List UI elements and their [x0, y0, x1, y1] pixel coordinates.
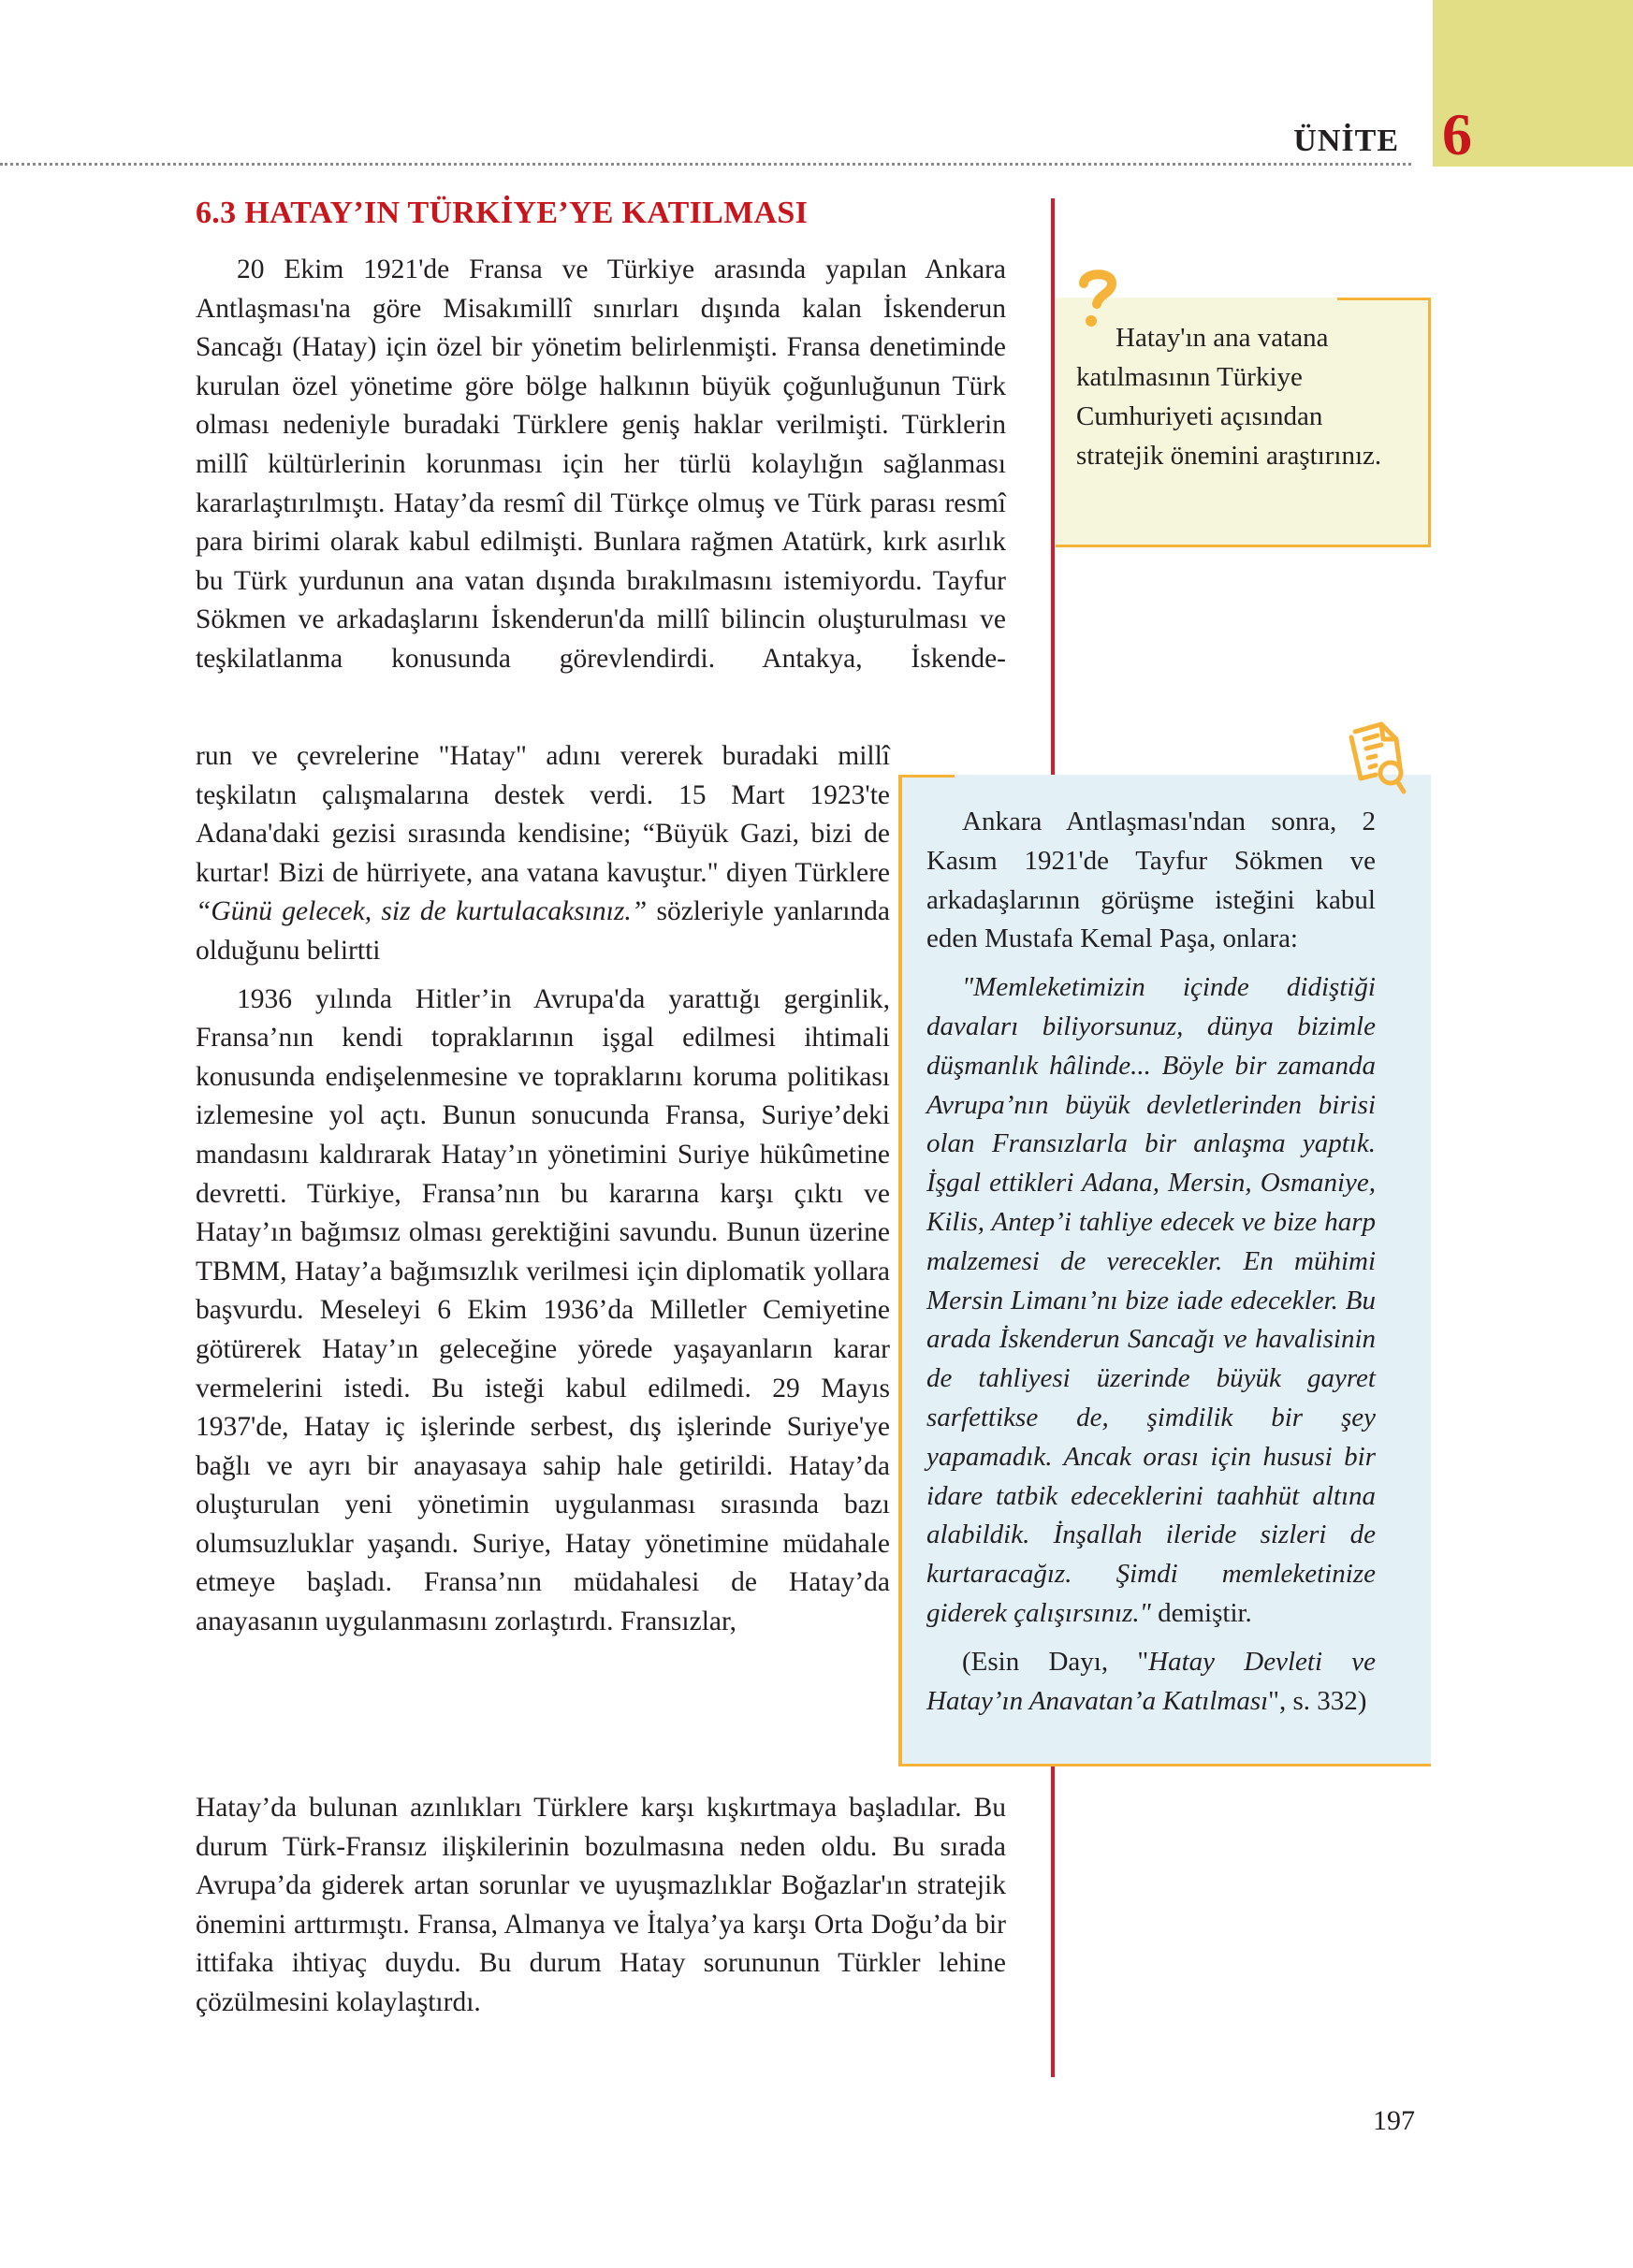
main-text-part-2: run ve çevrelerine "Hatay" adını vererek…	[196, 737, 890, 1642]
page-number: 197	[1373, 2105, 1415, 2137]
ataturk-speech-quote: "Memleketimizin içinde didiştiği davalar…	[926, 972, 1376, 1628]
info-intro: Ankara Antlaşması'ndan sonra, 2 Kasım 19…	[926, 803, 1376, 959]
unit-label: ÜNİTE	[1293, 124, 1399, 159]
paragraph-1a: 20 Ekim 1921'de Fransa ve Türkiye arasın…	[196, 251, 1006, 679]
paragraph-1b: run ve çevrelerine "Hatay" adını vererek…	[196, 737, 890, 971]
info-source-citation: (Esin Dayı, "Hatay Devleti ve Hatay’ın A…	[926, 1643, 1376, 1722]
research-question-text: Hatay'ın ana vatana katılmasının Türkiye…	[1076, 318, 1394, 475]
research-question-paragraph: Hatay'ın ana vatana katılmasının Türkiye…	[1076, 318, 1394, 475]
main-text-part-1: 20 Ekim 1921'de Fransa ve Türkiye arasın…	[196, 251, 1006, 679]
header-dotted-divider	[0, 163, 1411, 166]
paragraph-2b: Hatay’da bulunan azınlıkları Türklere ka…	[196, 1789, 1006, 2023]
document-search-icon	[1348, 719, 1411, 812]
citation-suffix: ", s. 332)	[1268, 1686, 1366, 1716]
main-text-part-3: Hatay’da bulunan azınlıkları Türklere ka…	[196, 1789, 1006, 2023]
paragraph-2a: 1936 yılında Hitler’in Avrupa'da yarattı…	[196, 981, 890, 1642]
historical-quote-text: Ankara Antlaşması'ndan sonra, 2 Kasım 19…	[926, 803, 1376, 1721]
unit-number: 6	[1442, 105, 1472, 165]
ataturk-quote: “Günü gelecek, siz de kurtulacaksınız.”	[196, 896, 647, 926]
citation-prefix: (Esin Dayı, "	[962, 1647, 1148, 1677]
section-title: 6.3 HATAY’IN TÜRKİYE’YE KATILMASI	[196, 196, 808, 231]
paragraph-1b-text: run ve çevrelerine "Hatay" adını vererek…	[196, 741, 890, 888]
info-quote-end: demiştir.	[1151, 1598, 1252, 1628]
info-quote-paragraph: "Memleketimizin içinde didiştiği davalar…	[926, 968, 1376, 1634]
